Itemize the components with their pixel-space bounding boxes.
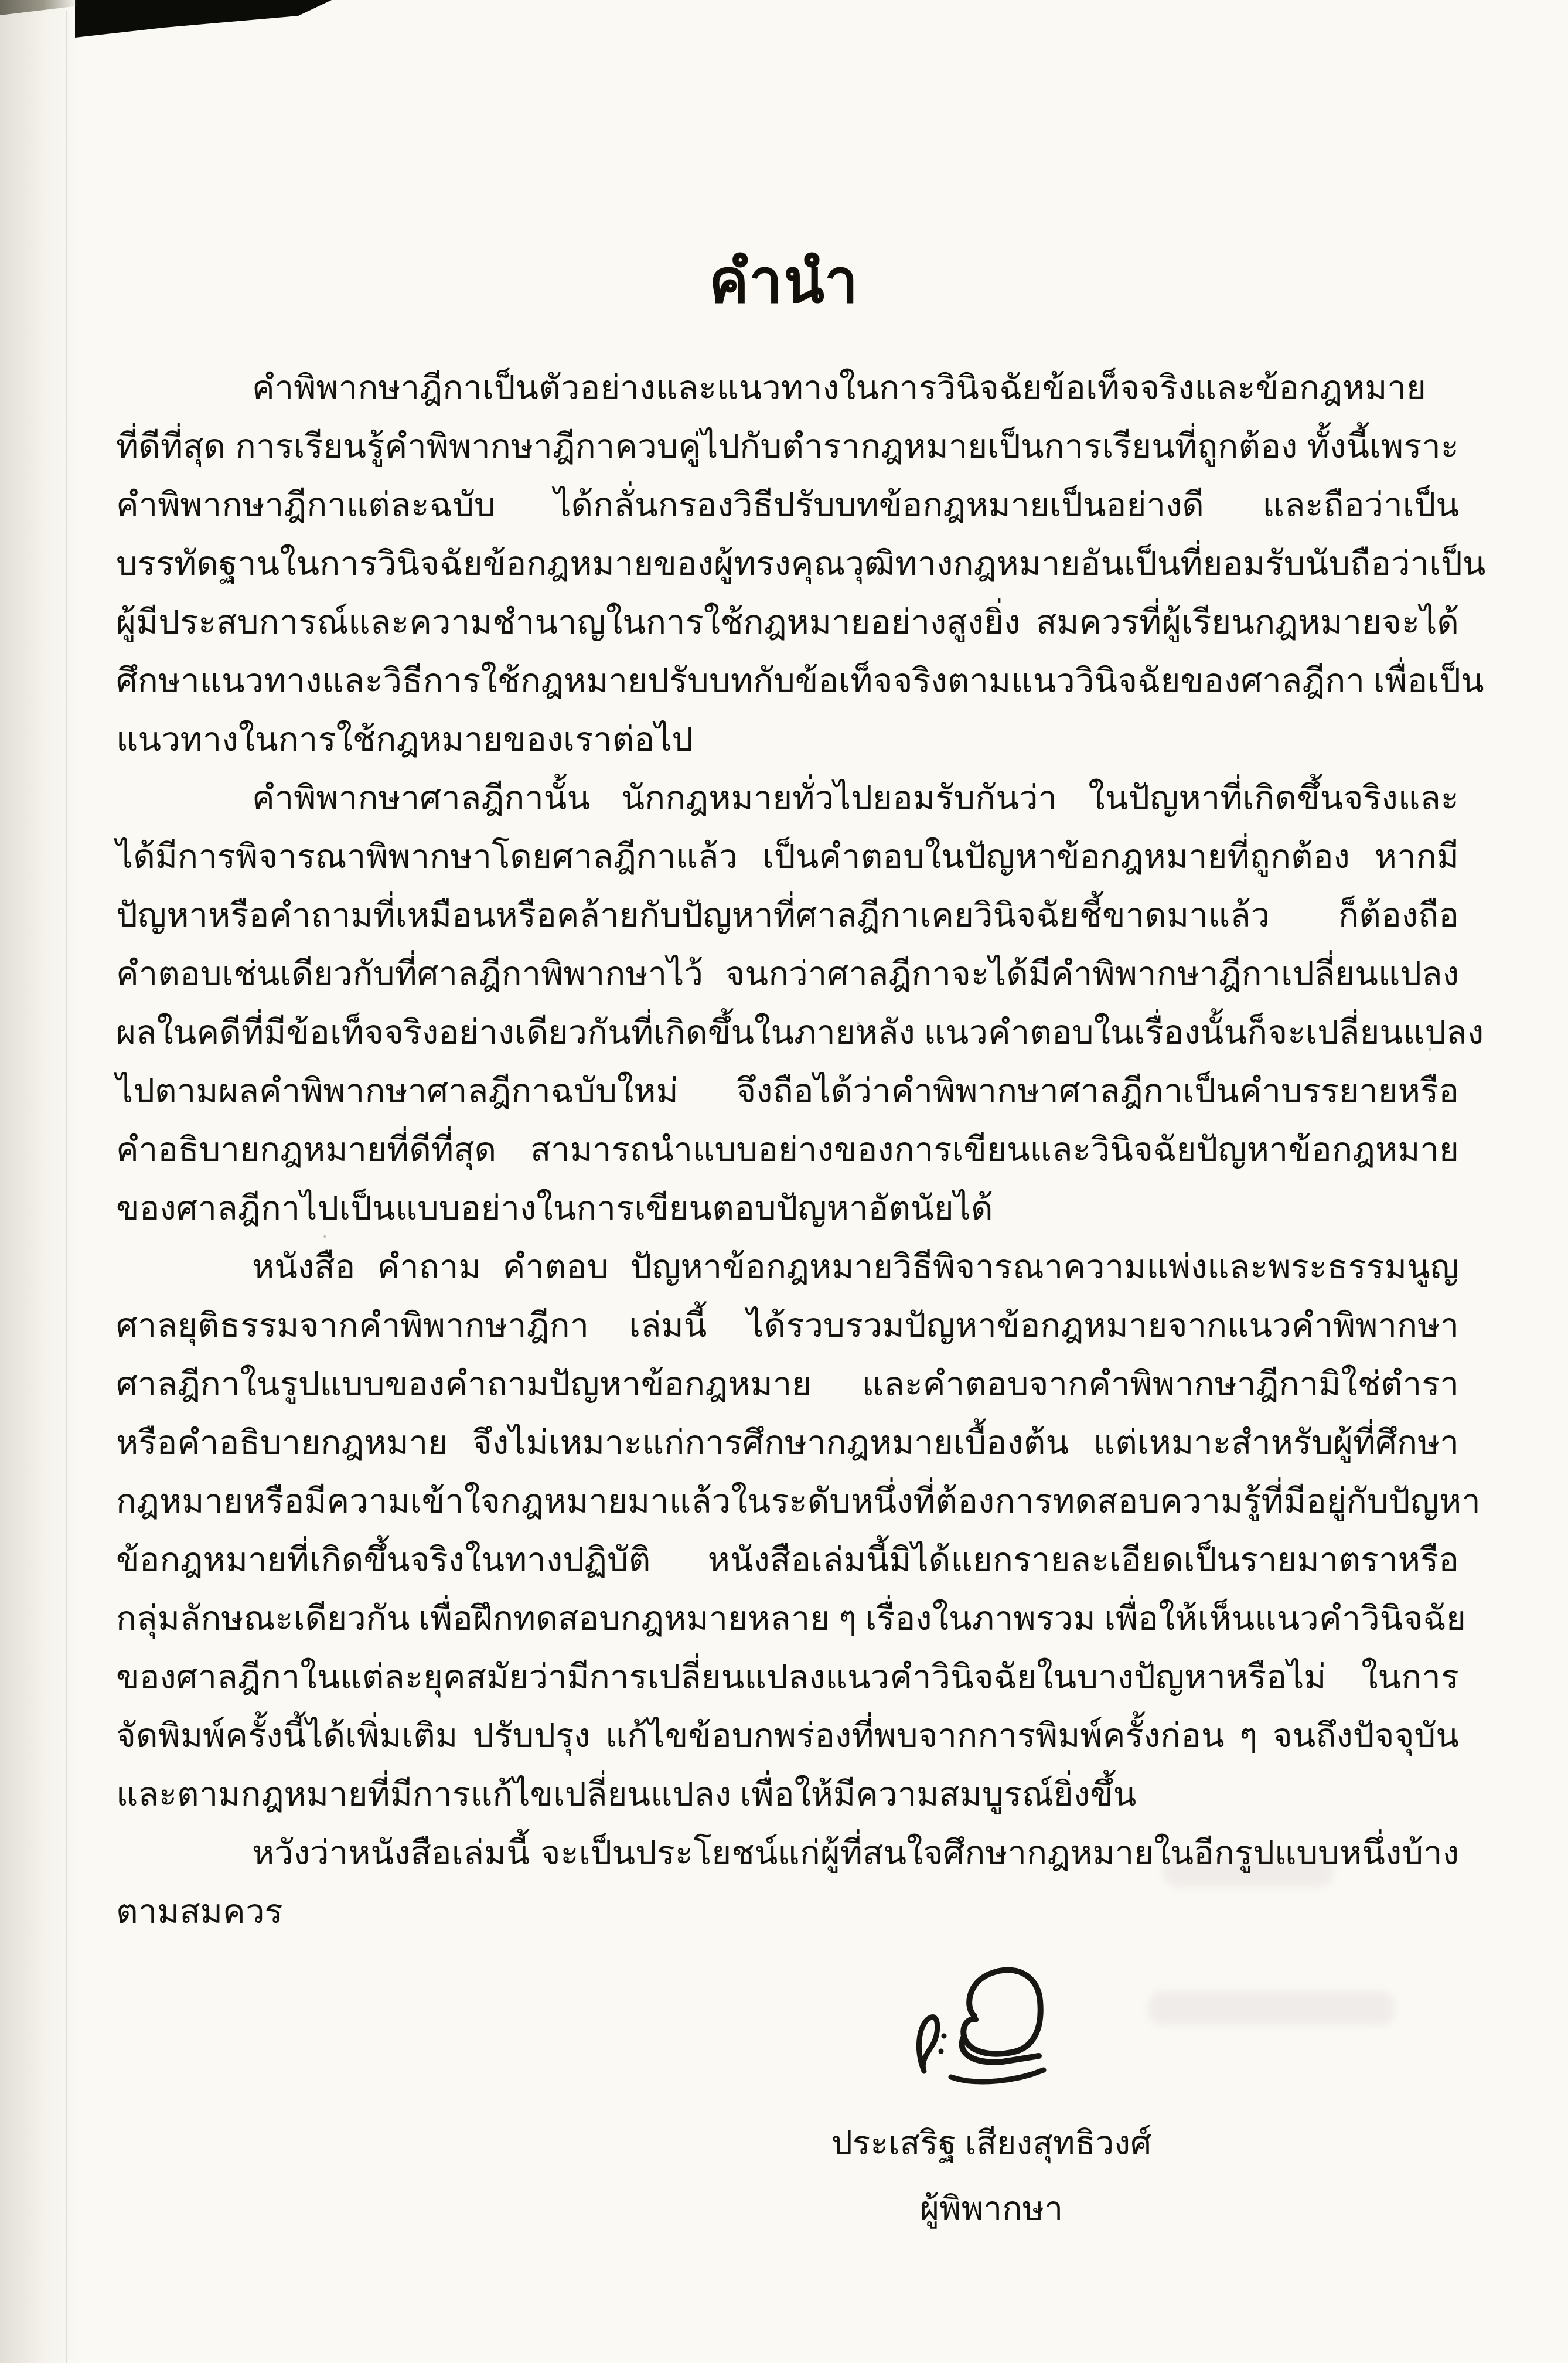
body-line: ผู้มีประสบการณ์และความชำนาญในการใช้กฎหมา…	[116, 593, 1459, 652]
body-line: ที่ดีที่สุด การเรียนรู้คำพิพากษาฎีกาควบค…	[116, 417, 1459, 476]
body-line: และตามกฎหมายที่มีการแก้ไขเปลี่ยนแปลง เพื…	[116, 1765, 1459, 1824]
body-line: กลุ่มลักษณะเดียวกัน เพื่อฝึกทดสอบกฎหมายห…	[116, 1589, 1459, 1648]
body-line: คำพิพากษาศาลฎีกานั้น นักกฎหมายทั่วไปยอมร…	[116, 769, 1459, 828]
body-line: หวังว่าหนังสือเล่มนี้ จะเป็นประโยชน์แก่ผ…	[116, 1824, 1459, 1882]
signature-block: ประเสริฐ เสียงสุทธิวงศ์ ผู้พิพากษา	[810, 2117, 1173, 2235]
body-line: ได้มีการพิจารณาพิพากษาโดยศาลฎีกาแล้ว เป็…	[116, 828, 1459, 886]
scan-corner-artifact	[75, 0, 332, 38]
body-line: แนวทางในการใช้กฎหมายของเราต่อไป	[116, 710, 1459, 769]
signature-name: ประเสริฐ เสียงสุทธิวงศ์	[810, 2117, 1173, 2170]
body-line: คำพิพากษาฎีกาแต่ละฉบับ ได้กลั่นกรองวิธีป…	[116, 476, 1459, 534]
body-line: คำตอบเช่นเดียวกับที่ศาลฎีกาพิพากษาไว้ จน…	[116, 945, 1459, 1003]
signature-role: ผู้พิพากษา	[810, 2182, 1173, 2235]
body-line: ข้อกฎหมายที่เกิดขึ้นจริงในทางปฏิบัติ หนั…	[116, 1531, 1459, 1589]
body-line: หรือคำอธิบายกฎหมาย จึงไม่เหมาะแก่การศึกษ…	[116, 1414, 1459, 1472]
body-line: หนังสือ คำถาม คำตอบ ปัญหาข้อกฎหมายวิธีพิ…	[116, 1238, 1459, 1296]
body-line: จัดพิมพ์ครั้งนี้ได้เพิ่มเติม ปรับปรุง แก…	[116, 1707, 1459, 1765]
body-line: คำพิพากษาฎีกาเป็นตัวอย่างและแนวทางในการว…	[116, 359, 1459, 417]
body-line: ไปตามผลคำพิพากษาศาลฎีกาฉบับใหม่ จึงถือได…	[116, 1062, 1459, 1121]
scanned-page: คำนำ คำพิพากษาฎีกาเป็นตัวอย่างและแนวทางใ…	[0, 0, 1568, 2363]
body-line: ศึกษาแนวทางและวิธีการใช้กฎหมายปรับบทกับข…	[116, 652, 1459, 710]
body-line: ผลในคดีที่มีข้อเท็จจริงอย่างเดียวกันที่เ…	[116, 1003, 1459, 1062]
body-line: บรรทัดฐานในการวินิจฉัยข้อกฎหมายของผู้ทรง…	[116, 534, 1459, 593]
page-edge-line	[66, 11, 67, 2363]
body-line: กฎหมายหรือมีความเข้าใจกฎหมายมาแล้วในระดั…	[116, 1472, 1459, 1531]
page-edge-shadow	[0, 0, 81, 2363]
body-line: ของศาลฎีกาไปเป็นแบบอย่างในการเขียนตอบปัญ…	[116, 1179, 1459, 1238]
body-line: ศาลยุติธรรมจากคำพิพากษาฎีกา เล่มนี้ ได้ร…	[116, 1296, 1459, 1355]
preface-body: คำพิพากษาฎีกาเป็นตัวอย่างและแนวทางในการว…	[116, 359, 1459, 1941]
page-title: คำนำ	[0, 233, 1568, 328]
body-line: คำอธิบายกฎหมายที่ดีที่สุด สามารถนำแบบอย่…	[116, 1121, 1459, 1179]
body-line: ของศาลฎีกาในแต่ละยุคสมัยว่ามีการเปลี่ยนแ…	[116, 1648, 1459, 1707]
bleedthrough-smudge	[1148, 1991, 1395, 2025]
body-line: ปัญหาหรือคำถามที่เหมือนหรือคล้ายกับปัญหา…	[116, 886, 1459, 945]
signature	[882, 1947, 1075, 2123]
body-line: ตามสมควร	[116, 1882, 1459, 1941]
body-line: ศาลฎีกาในรูปแบบของคำถามปัญหาข้อกฎหมาย แล…	[116, 1355, 1459, 1414]
